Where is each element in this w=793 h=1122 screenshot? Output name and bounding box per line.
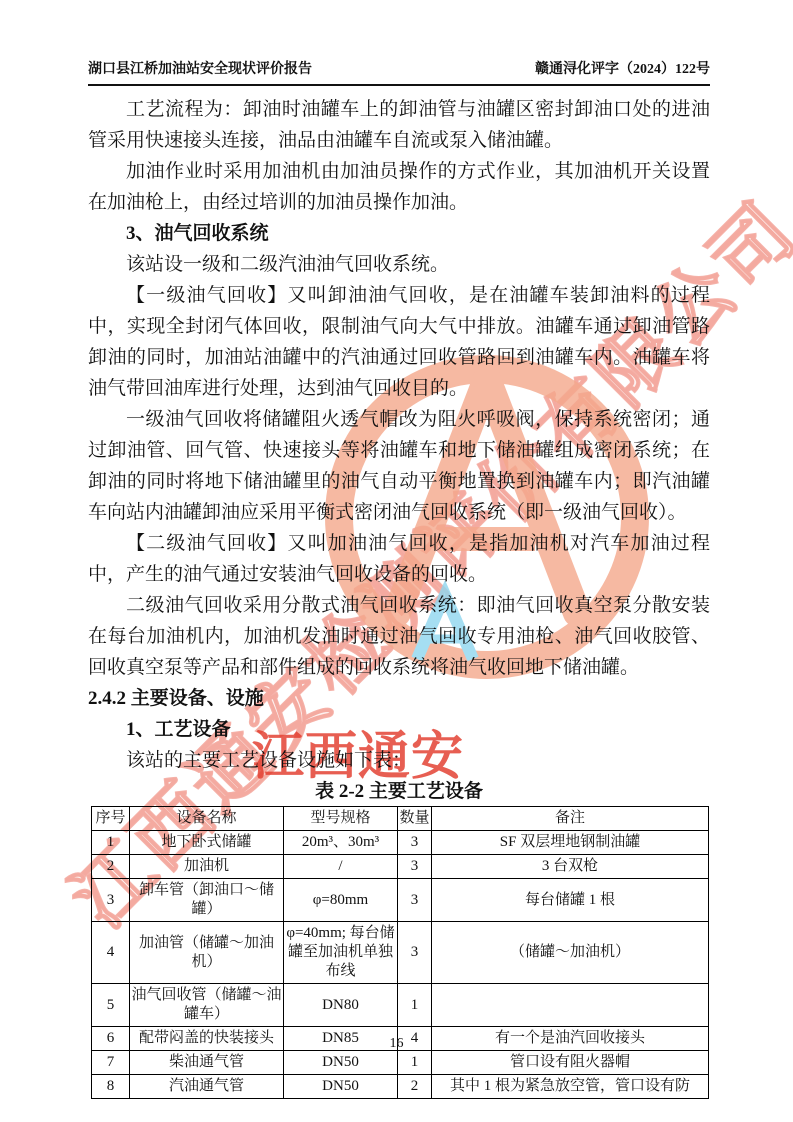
paragraph: 二级油气回收采用分散式油气回收系统：即油气回收真空泵分散安装在每台加油机内，加油… — [88, 590, 710, 683]
paragraph: 一级油气回收将储罐阻火透气帽改为阻火呼吸阀，保持系统密闭；通过卸油管、回气管、快… — [88, 404, 710, 528]
table-cell: 卸车管（卸油口～储罐） — [130, 879, 284, 922]
table-cell: 其中 1 根为紧急放空管，管口设有防 — [432, 1075, 709, 1099]
table-cell: 油气回收管（储罐～油罐车） — [130, 984, 284, 1027]
table-cell: 汽油通气管 — [130, 1075, 284, 1099]
table-row: 1 地下卧式储罐 20m³、30m³ 3 SF 双层埋地钢制油罐 — [92, 831, 709, 855]
table-cell: DN50 — [284, 1051, 398, 1075]
table-cell: DN80 — [284, 984, 398, 1027]
table-cell: 2 — [92, 855, 130, 879]
table-cell: 每台储罐 1 根 — [432, 879, 709, 922]
equipment-table: 序号 设备名称 型号规格 数量 备注 1 地下卧式储罐 20m³、30m³ 3 … — [91, 806, 709, 1099]
paragraph: 该站设一级和二级汽油油气回收系统。 — [88, 249, 710, 280]
table-cell: DN50 — [284, 1075, 398, 1099]
table-cell: 20m³、30m³ — [284, 831, 398, 855]
table-row: 4 加油管（储罐～加油机） φ=40mm; 每台储罐至加油机单独布线 3 （储罐… — [92, 922, 709, 984]
table-cell: 地下卧式储罐 — [130, 831, 284, 855]
table-cell: （储罐～加油机） — [432, 922, 709, 984]
header-doc-number: 赣通浔化评字（2024）122号 — [535, 58, 710, 78]
table-header-cell: 备注 — [432, 807, 709, 831]
table-cell: 3 — [92, 879, 130, 922]
table-cell: SF 双层埋地钢制油罐 — [432, 831, 709, 855]
table-cell — [432, 984, 709, 1027]
page-header: 湖口县江桥加油站安全现状评价报告 赣通浔化评字（2024）122号 — [88, 58, 710, 78]
page-number: 16 — [390, 1036, 404, 1051]
paragraph: 【一级油气回收】又叫卸油油气回收，是在油罐车装卸油料的过程中，实现全封闭气体回收… — [88, 280, 710, 404]
table-cell: 柴油通气管 — [130, 1051, 284, 1075]
table-cell: 4 — [92, 922, 130, 984]
table-cell: 1 — [398, 1051, 432, 1075]
paragraph: 【二级油气回收】又叫加油油气回收，是指加油机对汽车加油过程中，产生的油气通过安装… — [88, 528, 710, 590]
section-heading: 1、工艺设备 — [88, 714, 710, 745]
table-cell: 加油管（储罐～加油机） — [130, 922, 284, 984]
document-body: 工艺流程为：卸油时油罐车上的卸油管与油罐区密封卸油口处的进油管采用快速接头连接，… — [88, 94, 710, 1099]
table-header-cell: 序号 — [92, 807, 130, 831]
table-caption: 表 2-2 主要工艺设备 — [88, 778, 710, 805]
header-divider — [88, 84, 710, 86]
paragraph: 工艺流程为：卸油时油罐车上的卸油管与油罐区密封卸油口处的进油管采用快速接头连接，… — [88, 94, 710, 156]
table-cell: φ=40mm; 每台储罐至加油机单独布线 — [284, 922, 398, 984]
table-cell: 管口设有阻火器帽 — [432, 1051, 709, 1075]
table-cell: 5 — [92, 984, 130, 1027]
table-cell: 3 — [398, 855, 432, 879]
paragraph: 加油作业时采用加油机由加油员操作的方式作业，其加油机开关设置在加油枪上，由经过培… — [88, 156, 710, 218]
table-row: 3 卸车管（卸油口～储罐） φ=80mm 3 每台储罐 1 根 — [92, 879, 709, 922]
table-cell: 8 — [92, 1075, 130, 1099]
table-cell: 1 — [398, 984, 432, 1027]
table-header-cell: 型号规格 — [284, 807, 398, 831]
table-cell: 2 — [398, 1075, 432, 1099]
table-row: 2 加油机 / 3 3 台双枪 — [92, 855, 709, 879]
table-cell: 7 — [92, 1051, 130, 1075]
table-cell: 加油机 — [130, 855, 284, 879]
table-row: 8 汽油通气管 DN50 2 其中 1 根为紧急放空管，管口设有防 — [92, 1075, 709, 1099]
table-header-row: 序号 设备名称 型号规格 数量 备注 — [92, 807, 709, 831]
page-footer: 16 — [0, 1036, 793, 1052]
table-cell: φ=80mm — [284, 879, 398, 922]
table-row: 5 油气回收管（储罐～油罐车） DN80 1 — [92, 984, 709, 1027]
table-cell: / — [284, 855, 398, 879]
section-heading: 3、油气回收系统 — [88, 218, 710, 249]
table-cell: 3 — [398, 879, 432, 922]
table-header-cell: 设备名称 — [130, 807, 284, 831]
paragraph: 该站的主要工艺设备设施如下表： — [88, 745, 710, 776]
table-cell: 1 — [92, 831, 130, 855]
table-cell: 3 台双枪 — [432, 855, 709, 879]
table-header-cell: 数量 — [398, 807, 432, 831]
table-row: 7 柴油通气管 DN50 1 管口设有阻火器帽 — [92, 1051, 709, 1075]
table-cell: 3 — [398, 922, 432, 984]
section-heading: 2.4.2 主要设备、设施 — [88, 683, 710, 714]
header-report-title: 湖口县江桥加油站安全现状评价报告 — [88, 58, 312, 78]
table-cell: 3 — [398, 831, 432, 855]
